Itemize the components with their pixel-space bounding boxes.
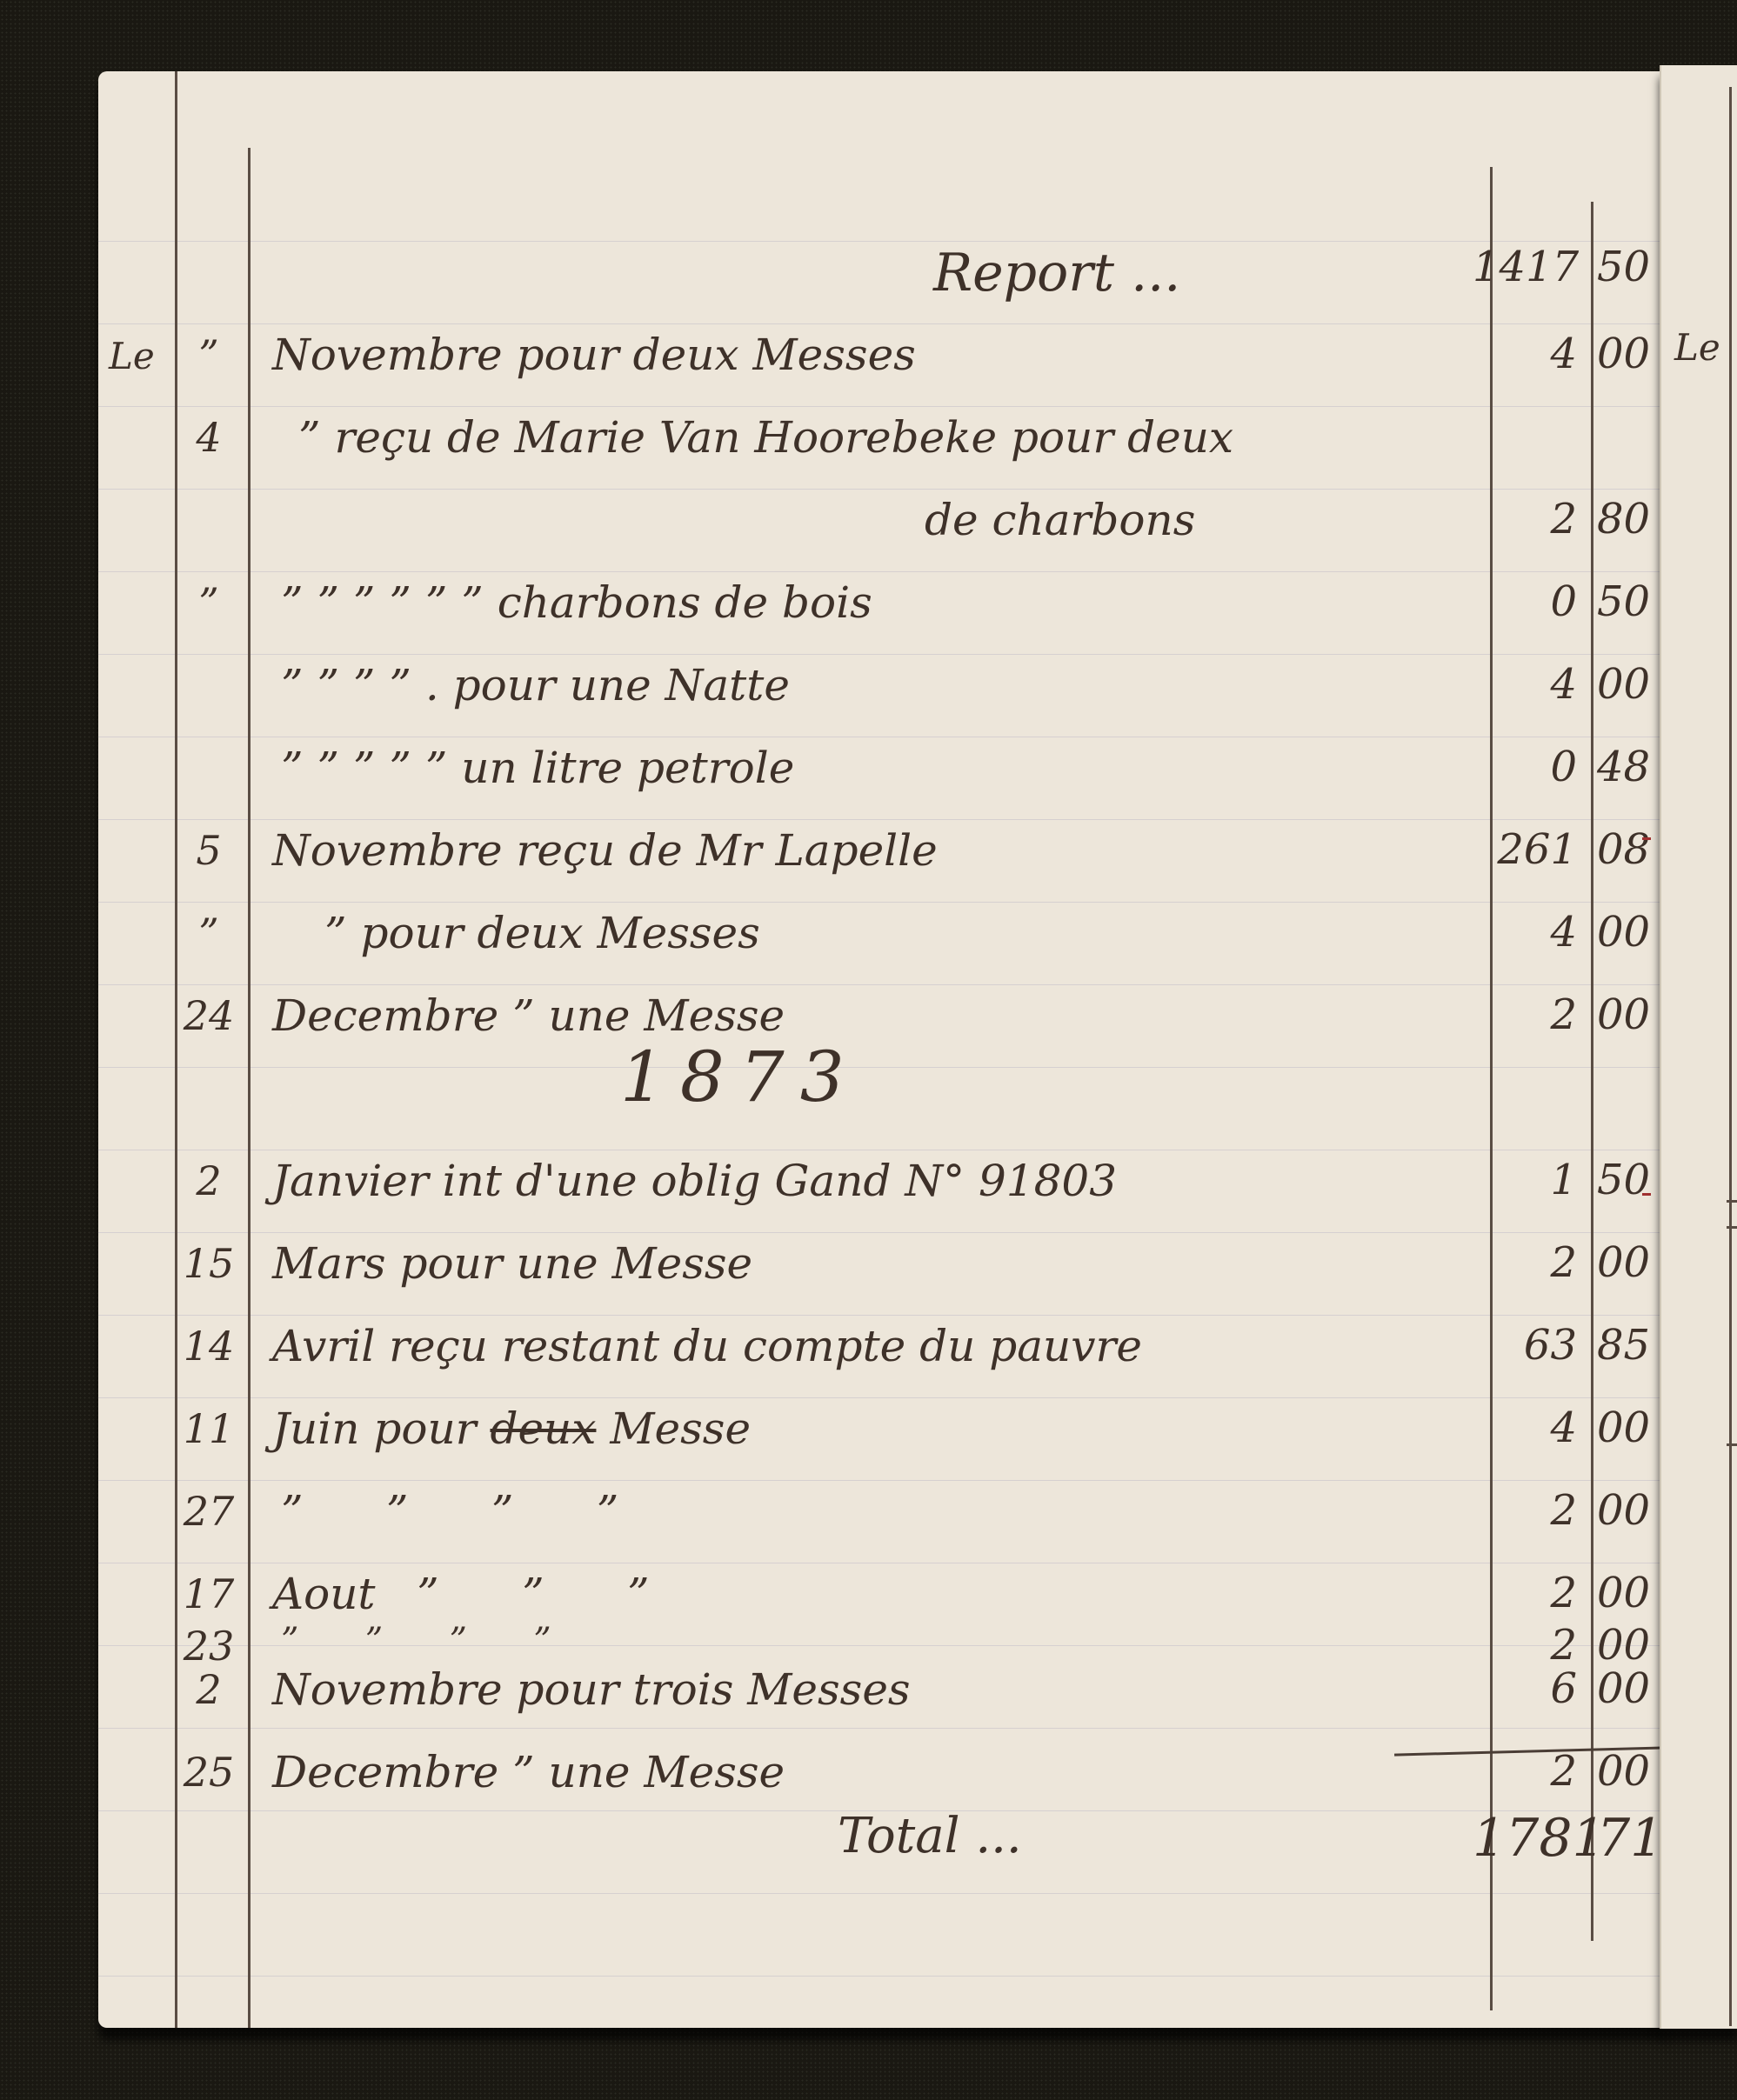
entry-description: Novembre pour deux Messes — [272, 330, 1577, 380]
entry-description: Decembre ” une Messe — [272, 990, 1577, 1041]
entry-description: ” reçu de Marie Van Hoorebeke pour deux — [298, 412, 1603, 463]
entry-francs: 2 — [1473, 990, 1584, 1039]
ledger-row: 4 ” reçu de Marie Van Hoorebeke pour deu… — [98, 402, 1664, 471]
ledger-row: 2 Novembre pour trois Messes 6 00 — [98, 1654, 1664, 1723]
ledger-row: Le ” Novembre pour deux Messes 4 00 — [98, 319, 1664, 389]
ledger-row: de charbons 2 80 — [98, 484, 1664, 554]
desc-part: Juin pour — [272, 1403, 490, 1454]
total-francs: 1781 — [1473, 1808, 1584, 1869]
ledger-row: 27 ” ” ” ” 2 00 — [98, 1476, 1664, 1545]
entry-description: Decembre ” une Messe — [272, 1747, 1577, 1797]
entry-day: 5 — [178, 827, 239, 874]
entry-description: ” ” ” ” ” ” charbons de bois — [281, 577, 1586, 628]
entry-francs: 2 — [1473, 495, 1584, 543]
entry-description: Avril reçu restant du compte du pauvre — [272, 1321, 1577, 1371]
entry-description: Novembre reçu de Mr Lapelle — [272, 825, 1577, 876]
ledger-row: 5 Novembre reçu de Mr Lapelle 261 08 — [98, 815, 1664, 884]
entry-francs: 261 — [1473, 825, 1584, 874]
entry-day: 25 — [178, 1749, 239, 1796]
entry-description: ” ” ” ” ” un litre petrole — [281, 743, 1586, 793]
ledger-row: 24 Decembre ” une Messe 2 00 — [98, 980, 1664, 1050]
desc-part: Messe — [596, 1403, 751, 1454]
ruling-line — [98, 1728, 1664, 1729]
entry-day: 2 — [178, 1666, 239, 1713]
ledger-row: ” ” ” ” . pour une Natte 4 00 — [98, 650, 1664, 719]
entry-francs: 63 — [1473, 1321, 1584, 1370]
entry-day: 24 — [178, 992, 239, 1039]
entry-description: ” ” ” ” — [281, 1486, 1586, 1537]
ledger-row: 14 Avril reçu restant du compte du pauvr… — [98, 1310, 1664, 1380]
entry-francs: 4 — [1473, 330, 1584, 378]
entry-francs: 1 — [1473, 1156, 1584, 1204]
ledger-row: 25 Decembre ” une Messe 2 00 — [98, 1737, 1664, 1806]
entry-description: Janvier int d'une oblig Gand N° 91803 — [272, 1156, 1577, 1206]
facing-page-rule — [1729, 87, 1732, 2026]
entry-day: ” — [178, 579, 239, 626]
ruling-line — [98, 1893, 1664, 1894]
entry-day: 11 — [178, 1405, 239, 1452]
facing-page-margin-note: Le — [1674, 326, 1720, 369]
facing-page-tick — [1727, 1200, 1737, 1203]
ledger-row: ” ” ” ” ” ” ” charbons de bois 0 50 — [98, 567, 1664, 637]
entry-francs: 0 — [1473, 743, 1584, 791]
year-heading: 1873 — [620, 1037, 860, 1117]
entry-day: 27 — [178, 1488, 239, 1535]
entry-day: ” — [178, 331, 239, 378]
entry-francs: 4 — [1473, 908, 1584, 957]
ledger-row: 11 Juin pour deux Messe 4 00 — [98, 1393, 1664, 1463]
facing-page-tick — [1727, 1443, 1737, 1446]
margin-note: Le — [109, 335, 155, 377]
entry-day: 15 — [178, 1240, 239, 1287]
entry-francs: 4 — [1473, 660, 1584, 709]
entry-francs: 2 — [1473, 1238, 1584, 1287]
facing-page-tick — [1727, 1226, 1737, 1229]
entry-day: 4 — [178, 414, 239, 461]
entry-description: Mars pour une Messe — [272, 1238, 1577, 1289]
entry-day: 14 — [178, 1323, 239, 1370]
report-row: Report ... 1417 50 — [98, 232, 1664, 302]
entry-francs: 2 — [1473, 1486, 1584, 1535]
total-row: Total ... 1781 71 — [98, 1797, 1664, 1867]
entry-description: Juin pour deux Messe — [272, 1403, 1577, 1454]
struck-word: deux — [490, 1403, 596, 1454]
red-stitch-mark — [1642, 837, 1651, 840]
entry-francs: 4 — [1473, 1403, 1584, 1452]
ledger-row: 15 Mars pour une Messe 2 00 — [98, 1228, 1664, 1297]
ledger-page: Report ... 1417 50 Le ” Novembre pour de… — [98, 71, 1664, 2028]
entry-day: 2 — [178, 1157, 239, 1204]
ledger-row: ” ” pour deux Messes 4 00 — [98, 897, 1664, 967]
ruling-line — [98, 1976, 1664, 1977]
entry-description: ” ” ” ” . pour une Natte — [281, 660, 1586, 710]
entry-description: Novembre pour trois Messes — [272, 1664, 1577, 1715]
ledger-row: 2 Janvier int d'une oblig Gand N° 91803 … — [98, 1145, 1664, 1215]
entry-francs: 2 — [1473, 1747, 1584, 1796]
entry-francs: 6 — [1473, 1664, 1584, 1713]
ruling-line — [98, 1067, 1664, 1068]
ledger-row: ” ” ” ” ” un litre petrole 0 48 — [98, 732, 1664, 802]
entry-day: ” — [178, 910, 239, 957]
report-francs: 1417 — [1473, 243, 1584, 291]
entry-francs: 0 — [1473, 577, 1584, 626]
red-stitch-mark — [1642, 1193, 1651, 1196]
entry-description: ” pour deux Messes — [324, 908, 1629, 958]
